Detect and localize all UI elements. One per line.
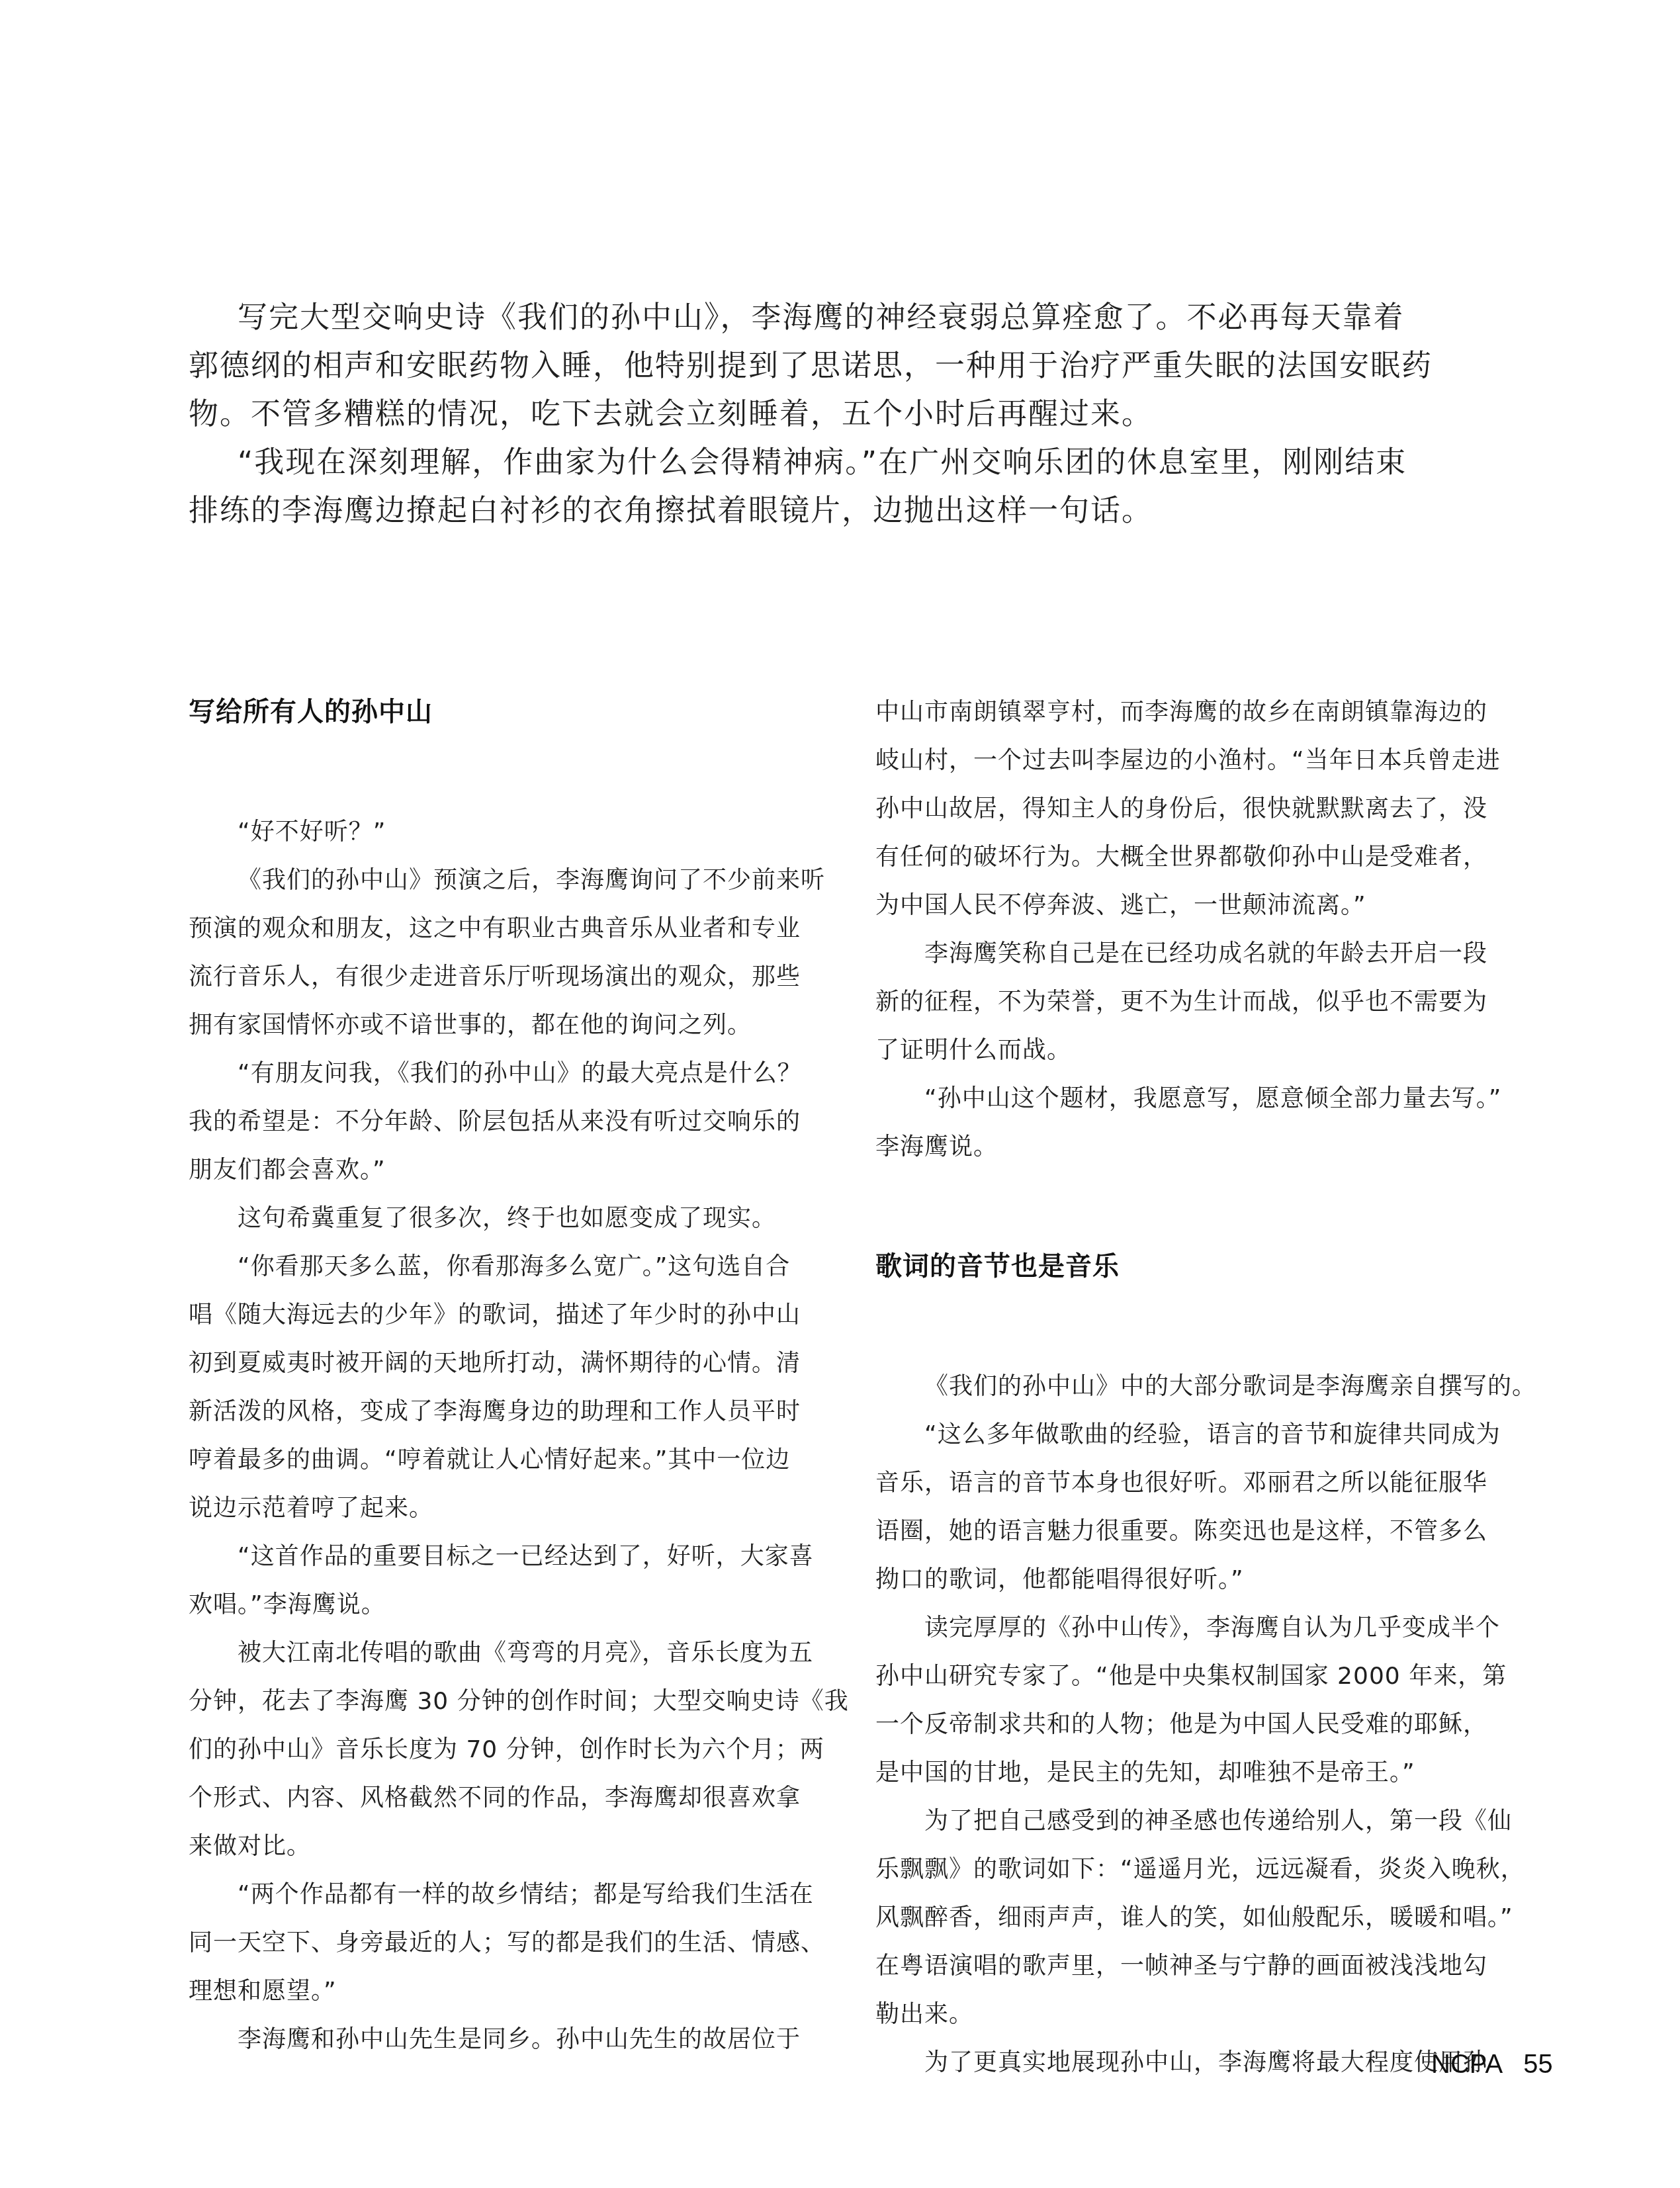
- body-line: 岐山村，一个过去叫李屋边的小渔村。“当年日本兵曾走进: [875, 736, 1530, 785]
- body-line: 同一天空下、身旁最近的人；写的都是我们的生活、情感、: [189, 1919, 844, 1967]
- article-column-right: 中山市南朗镇翠亨村，而李海鹰的故乡在南朗镇靠海边的 岐山村，一个过去叫李屋边的小…: [875, 688, 1530, 2087]
- body-line: 说边示范着哼了起来。: [189, 1484, 844, 1532]
- body-line: 了证明什么而战。: [875, 1026, 1530, 1074]
- body-line: 在粤语演唱的歌声里，一帧神圣与宁静的画面被浅浅地勾: [875, 1942, 1530, 1990]
- spacer: [189, 736, 844, 808]
- body-line: 李海鹰笑称自己是在已经功成名就的年龄去开启一段: [875, 930, 1530, 978]
- body-line: “两个作品都有一样的故乡情结；都是写给我们生活在: [189, 1870, 844, 1919]
- body-line: 来做对比。: [189, 1822, 844, 1870]
- body-line: 一个反帝制求共和的人物；他是为中国人民受难的耶稣，: [875, 1700, 1530, 1749]
- body-line: 拗口的歌词，他都能唱得很好听。”: [875, 1555, 1530, 1604]
- page-folio: NCPA 55: [1431, 2050, 1553, 2079]
- body-line: 预演的观众和朋友，这之中有职业古典音乐从业者和专业: [189, 904, 844, 953]
- body-line: 个形式、内容、风格截然不同的作品，李海鹰却很喜欢拿: [189, 1774, 844, 1822]
- body-line: 为中国人民不停奔波、逃亡，一世颠沛流离。”: [875, 881, 1530, 930]
- intro-line: 排练的李海鹰边撩起白衬衫的衣角擦拭着眼镜片，边抛出这样一句话。: [189, 484, 1538, 533]
- body-line: 孙中山故居，得知主人的身份后，很快就默默离去了，没: [875, 785, 1530, 833]
- body-line: “你看那天多么蓝，你看那海多么宽广。”这句选自合: [189, 1243, 844, 1291]
- body-line: 们的孙中山》音乐长度为 70 分钟，创作时长为六个月；两: [189, 1726, 844, 1774]
- intro-line: 写完大型交响史诗《我们的孙中山》，李海鹰的神经衰弱总算痊愈了。不必再每天靠着: [189, 291, 1538, 339]
- body-line: 乐飘飘》的歌词如下：“遥遥月光，远远凝看，炎炎入晚秋，: [875, 1845, 1530, 1894]
- body-line: 《我们的孙中山》中的大部分歌词是李海鹰亲自撰写的。: [875, 1362, 1530, 1411]
- body-line: 流行音乐人，有很少走进音乐厅听现场演出的观众，那些: [189, 953, 844, 1001]
- page-number: 55: [1523, 2050, 1553, 2079]
- body-line: 理想和愿望。”: [189, 1967, 844, 2015]
- body-line: 风飘醉香，细雨声声，谁人的笑，如仙般配乐，暖暖和唱。”: [875, 1894, 1530, 1942]
- body-line: 新活泼的风格，变成了李海鹰身边的助理和工作人员平时: [189, 1387, 844, 1436]
- body-line: 这句希冀重复了很多次，终于也如愿变成了现实。: [189, 1194, 844, 1243]
- section-heading: 写给所有人的孙中山: [189, 688, 844, 736]
- body-line: 为了把自己感受到的神圣感也传递给别人，第一段《仙: [875, 1797, 1530, 1845]
- body-line: 拥有家国情怀亦或不谙世事的，都在他的询问之列。: [189, 1001, 844, 1049]
- body-line: 朋友们都会喜欢。”: [189, 1146, 844, 1194]
- spacer: [875, 1171, 1530, 1243]
- body-line: 李海鹰和孙中山先生是同乡。孙中山先生的故居位于: [189, 2015, 844, 2064]
- body-line: 有任何的破坏行为。大概全世界都敬仰孙中山是受难者，: [875, 833, 1530, 881]
- body-line: 新的征程，不为荣誉，更不为生计而战，似乎也不需要为: [875, 978, 1530, 1026]
- body-line: “这首作品的重要目标之一已经达到了，好听，大家喜: [189, 1532, 844, 1581]
- body-line: 读完厚厚的《孙中山传》，李海鹰自认为几乎变成半个: [875, 1604, 1530, 1652]
- body-line: 孙中山研究专家了。“他是中央集权制国家 2000 年来，第: [875, 1652, 1530, 1700]
- body-line: 李海鹰说。: [875, 1123, 1530, 1171]
- publication-name: NCPA: [1431, 2050, 1503, 2079]
- intro-paragraphs: 写完大型交响史诗《我们的孙中山》，李海鹰的神经衰弱总算痊愈了。不必再每天靠着 郭…: [189, 291, 1538, 533]
- intro-line: 郭德纲的相声和安眠药物入睡，他特别提到了思诺思，一种用于治疗严重失眠的法国安眠药: [189, 339, 1538, 388]
- body-line: “这么多年做歌曲的经验，语言的音节和旋律共同成为: [875, 1411, 1530, 1459]
- body-line: 被大江南北传唱的歌曲《弯弯的月亮》，音乐长度为五: [189, 1629, 844, 1677]
- body-line: 初到夏威夷时被开阔的天地所打动，满怀期待的心情。清: [189, 1339, 844, 1387]
- body-line: 音乐，语言的音节本身也很好听。邓丽君之所以能征服华: [875, 1459, 1530, 1507]
- body-line: 我的希望是：不分年龄、阶层包括从来没有听过交响乐的: [189, 1098, 844, 1146]
- body-line: 语圈，她的语言魅力很重要。陈奕迅也是这样，不管多么: [875, 1507, 1530, 1555]
- body-line: “有朋友问我，《我们的孙中山》的最大亮点是什么？: [189, 1049, 844, 1098]
- body-line: 中山市南朗镇翠亨村，而李海鹰的故乡在南朗镇靠海边的: [875, 688, 1530, 736]
- body-line: 欢唱。”李海鹰说。: [189, 1581, 844, 1629]
- body-line: 唱《随大海远去的少年》的歌词，描述了年少时的孙中山: [189, 1291, 844, 1339]
- body-line: 哼着最多的曲调。“哼着就让人心情好起来。”其中一位边: [189, 1436, 844, 1484]
- body-line: “好不好听？”: [189, 808, 844, 856]
- body-line: 勒出来。: [875, 1990, 1530, 2038]
- article-column-left: 写给所有人的孙中山 “好不好听？” 《我们的孙中山》预演之后，李海鹰询问了不少前…: [189, 688, 844, 2064]
- body-line: 是中国的甘地，是民主的先知，却唯独不是帝王。”: [875, 1749, 1530, 1797]
- section-heading: 歌词的音节也是音乐: [875, 1243, 1530, 1291]
- spacer: [875, 1291, 1530, 1362]
- intro-line: 物。不管多糟糕的情况，吃下去就会立刻睡着，五个小时后再醒过来。: [189, 388, 1538, 436]
- body-line: “孙中山这个题材，我愿意写，愿意倾全部力量去写。”: [875, 1074, 1530, 1123]
- body-line: 分钟，花去了李海鹰 30 分钟的创作时间；大型交响史诗《我: [189, 1677, 844, 1726]
- intro-line: “我现在深刻理解，作曲家为什么会得精神病。”在广州交响乐团的休息室里，刚刚结束: [189, 436, 1538, 484]
- body-line: 《我们的孙中山》预演之后，李海鹰询问了不少前来听: [189, 856, 844, 904]
